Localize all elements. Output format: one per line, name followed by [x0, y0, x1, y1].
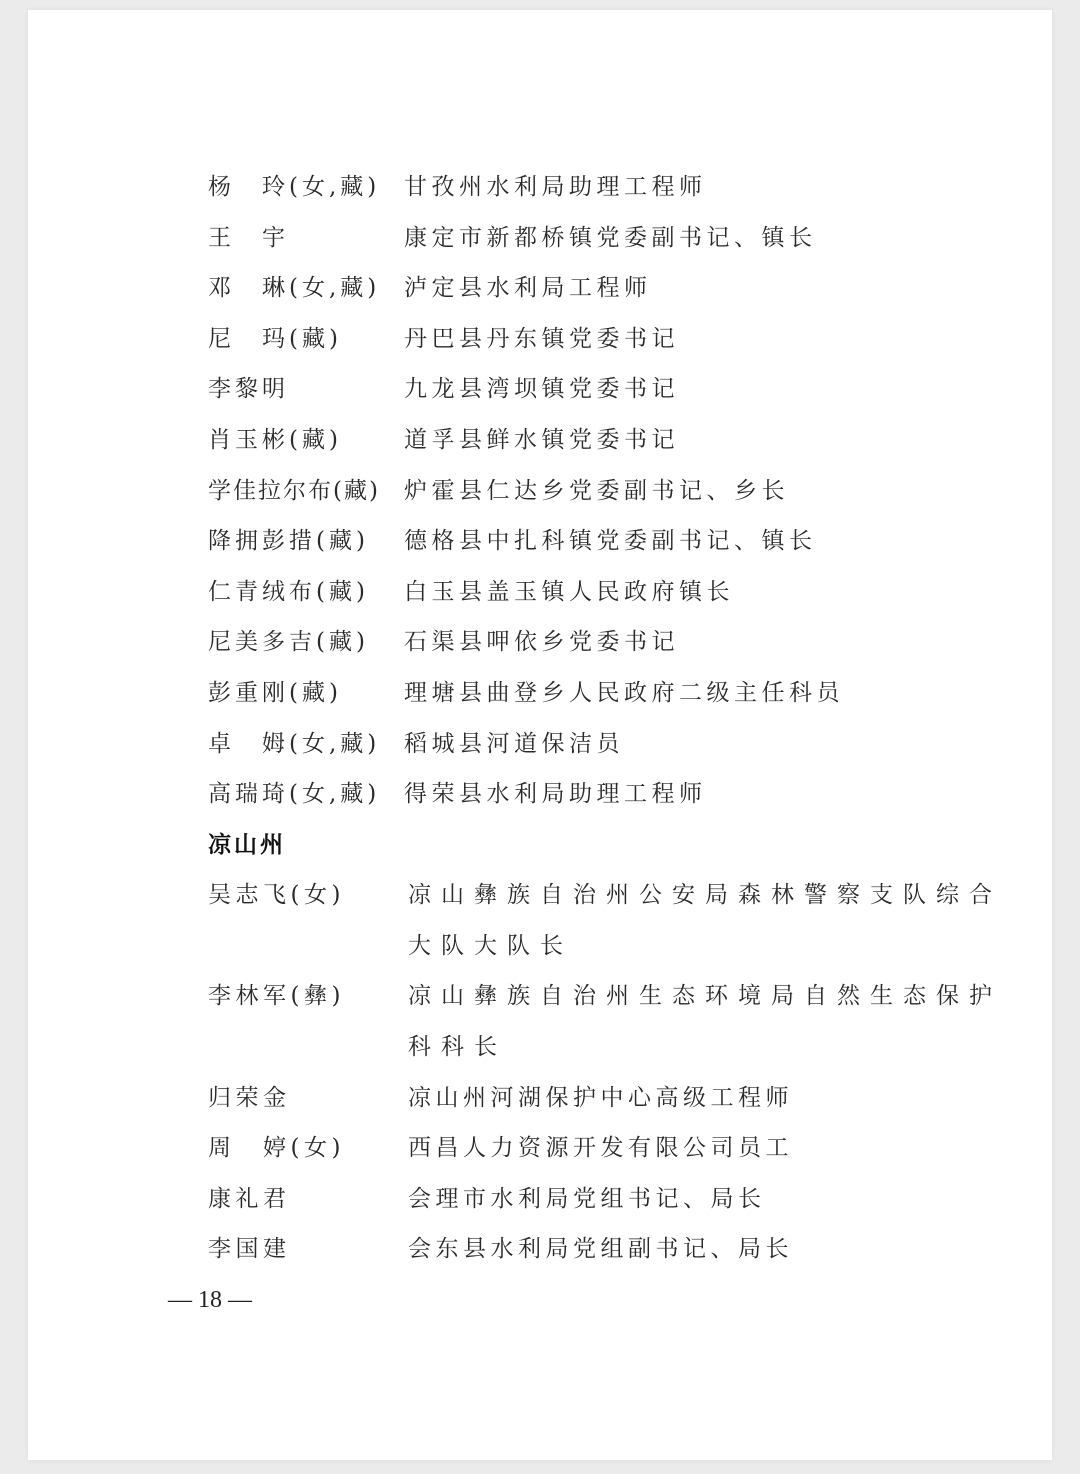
person-name: 李林军(彝) [208, 980, 345, 1012]
person-title: 会东县水利局党组副书记、局长 [408, 1233, 793, 1265]
person-title: 稻城县河道保洁员 [404, 728, 624, 760]
person-name: 杨 玲(女,藏) [208, 171, 380, 203]
person-name: 周 婷(女) [208, 1132, 345, 1164]
person-title: 西昌人力资源开发有限公司员工 [408, 1132, 793, 1164]
person-title: 石渠县呷依乡党委书记 [404, 626, 679, 658]
person-title: 炉霍县仁达乡党委副书记、乡长 [404, 475, 789, 507]
person-title: 凉山州河湖保护中心高级工程师 [408, 1082, 793, 1114]
person-title: 理塘县曲登乡人民政府二级主任科员 [404, 677, 844, 709]
person-name: 彭重刚(藏) [208, 677, 342, 709]
person-name: 降拥彭措(藏) [208, 525, 369, 557]
person-name: 康礼君 [208, 1183, 291, 1215]
person-title: 丹巴县丹东镇党委书记 [404, 323, 679, 355]
person-name: 尼美多吉(藏) [208, 626, 369, 658]
person-name: 高瑞琦(女,藏) [208, 778, 380, 810]
person-name: 肖玉彬(藏) [208, 424, 342, 456]
person-name: 仁青绒布(藏) [208, 576, 369, 608]
person-title: 道孚县鲜水镇党委书记 [404, 424, 679, 456]
person-title-continued: 大队大队长 [408, 930, 573, 962]
person-title: 白玉县盖玉镇人民政府镇长 [404, 576, 734, 608]
person-title: 泸定县水利局工程师 [404, 272, 652, 304]
person-name: 李黎明 [208, 373, 289, 405]
person-title: 九龙县湾坝镇党委书记 [404, 373, 679, 405]
person-title: 德格县中扎科镇党委副书记、镇长 [404, 525, 817, 557]
person-title: 得荣县水利局助理工程师 [404, 778, 707, 810]
person-title: 凉山彝族自治州公安局森林警察支队综合 [408, 879, 1002, 911]
person-name: 李国建 [208, 1233, 291, 1265]
person-name: 尼 玛(藏) [208, 323, 342, 355]
person-name: 吴志飞(女) [208, 879, 345, 911]
document-page: 杨 玲(女,藏) 甘孜州水利局助理工程师 王 宇 康定市新都桥镇党委副书记、镇长… [28, 10, 1052, 1460]
section-heading: 凉山州 [208, 829, 286, 861]
page-number: — 18 — [168, 1284, 252, 1316]
person-title: 凉山彝族自治州生态环境局自然生态保护 [408, 980, 1002, 1012]
person-name: 卓 姆(女,藏) [208, 728, 380, 760]
person-name: 邓 琳(女,藏) [208, 272, 380, 304]
person-title: 会理市水利局党组书记、局长 [408, 1183, 766, 1215]
person-name: 王 宇 [208, 222, 289, 254]
person-name: 学佳拉尔布(藏) [208, 475, 380, 507]
person-name: 归荣金 [208, 1082, 291, 1114]
person-title: 甘孜州水利局助理工程师 [404, 171, 707, 203]
person-title: 康定市新都桥镇党委副书记、镇长 [404, 222, 817, 254]
person-title-continued: 科科长 [408, 1031, 507, 1063]
